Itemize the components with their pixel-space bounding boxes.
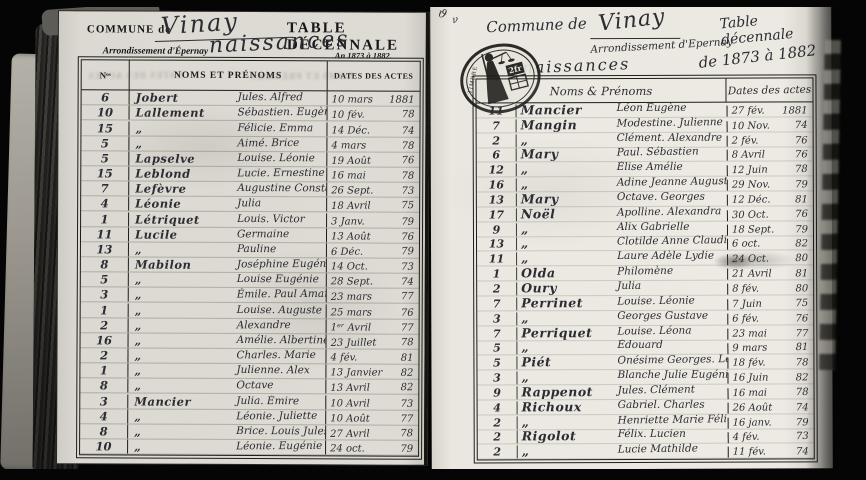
entry-name: „ Julienne. Alex [128,364,326,379]
entry-name: Piét Onésime Georges. Léon [517,354,727,370]
entry-name: Olda Philomène [517,265,727,281]
entry-date: 11 fév. 74 [728,447,814,458]
entry-name: Lapselve Louise. Léonie [129,151,327,166]
firstnames: Adine Jeanne Augustine [607,176,727,192]
entry-date: 7 Juin 75 [727,298,813,310]
table-row: 5 Lapselve Louise. Léonie 19 Août 76 [81,151,419,168]
firstnames: Louis. Victor [227,212,326,226]
bleedthrough-text: DATES DES ACTES [88,70,184,81]
date-daymonth: 10 fév. [331,110,364,121]
date-year: 74 [402,125,415,136]
date-daymonth: 23 mai [732,328,767,339]
entry-date: 16 mai 78 [327,170,419,181]
firstnames: Charles. Marie [226,349,325,364]
table-row: 4 „ Léonie. Juliette 10 Août 77 [80,409,418,426]
entry-date: 6 Déc. 79 [327,246,419,258]
date-daymonth: 10 Août [330,413,370,424]
years-label: An 1873 à 1882. [335,50,392,60]
table-row: 8 „ Octave 13 Avril 82 [80,379,418,396]
firstnames: Blanche Julie Eugénie [607,369,727,384]
surname: Noël [521,206,607,221]
table-row: 17 Noël Apolline. Alexandra 30 Oct. 76 [477,206,813,222]
firstnames: Laure Adèle Lydie [607,250,727,265]
surname: „ [135,242,227,256]
surname: Richoux [522,399,608,414]
entry-name: „ Adine Jeanne Augustine [517,176,727,192]
date-daymonth: 26 Août [733,402,773,413]
table-row: 1 „ Louise. Auguste 25 mars 76 [81,303,419,320]
firstnames: Germaine [227,228,326,243]
date-daymonth: 14 Oct. [331,261,368,272]
table-row: 3 Mancier Julia. Émire 10 Avril 73 [80,394,418,411]
date-daymonth: 16 mai [732,387,767,399]
entry-name: „ Lucie Mathilde [518,443,728,459]
entry-name: Perrinet Louise. Léonie [517,294,727,310]
entry-date: 10 Nov. 74 [727,119,813,131]
date-year: 77 [401,292,414,303]
left-table-header: Nᵒˢ NOMS ET PRÉNOMS DATES DES ACTES DATE… [82,60,420,91]
date-daymonth: 4 fév. [330,352,357,363]
surname: „ [134,364,226,378]
table-row: 8 „ Brice. Louis Jules 27 Avril 78 [80,424,418,441]
entry-date: 8 Avril 76 [727,150,813,161]
date-daymonth: 8 Avril [732,150,765,161]
entry-number: 16 [477,178,517,191]
entry-number: 6 [477,149,517,162]
surname: „ [134,424,226,438]
date-year: 76 [402,155,415,166]
date-daymonth: 23 mars [331,292,372,303]
commune-label-handwritten: Commune de [486,14,587,36]
entry-name: „ Clément. Alexandre [517,131,727,147]
background-band [0,0,866,7]
entry-name: Mancier Léon Eugène [517,102,727,118]
entry-date: 27 fév. 1881 [727,105,813,116]
table-row: 4 Léonie Julia 18 Avril 75 [81,196,419,213]
date-year: 73 [401,398,414,409]
firstnames: Léon Eugène [607,102,727,117]
surname: Oury [521,280,607,295]
firstnames: Pauline [227,243,326,257]
entry-number: 3 [81,288,129,302]
table-row: 2 „ Charles. Marie 4 fév. 81 [80,348,418,365]
entry-name: Létriquet Louis. Victor [129,212,327,227]
entry-number: 2 [478,446,518,459]
table-row: 16 „ Adine Jeanne Augustine 29 Nov. 79 [477,177,813,193]
entry-number: 6 [82,90,130,104]
date-daymonth: 16 mai [331,170,366,181]
firstnames: Lucie. Ernestine [227,167,326,182]
date-daymonth: 10 Avril [330,398,370,409]
entry-date: 18 Sept. 79 [727,224,813,235]
entry-date: 3 Janv. 79 [327,216,419,227]
entry-number: 2 [477,134,517,147]
firstnames: Louise. Auguste [227,304,326,318]
entry-name: „ Pauline [129,242,327,257]
entry-number: 15 [81,166,129,180]
date-year: 74 [401,277,414,288]
table-row: 15 „ Félicie. Emma 14 Déc. 74 [81,121,419,138]
date-year: 78 [402,140,415,151]
entry-date: 18 fév. 78 [727,358,813,369]
entry-date: 19 Août 76 [327,155,419,167]
entry-number: 5 [81,136,129,150]
right-table: Noms & Prénoms Dates des actes 11 Mancie… [475,77,814,460]
table-row: 2 „ Lucie Mathilde 11 fév. 74 [478,444,814,460]
date-year: 77 [400,413,413,424]
entry-number: 13 [477,193,517,206]
table-row: 7 Lefèvre Augustine Constance 26 Sept. 7… [81,181,419,198]
date-daymonth: 4 fév. [733,432,760,443]
surname: „ [521,369,607,384]
table-row: 8 Mabilon Joséphine Eugénie 14 Oct. 73 [81,257,419,274]
entry-name: Rappenot Jules. Clément [518,384,728,400]
table-row: 7 Mangin Modestine. Julienne 10 Nov. 74 [477,117,813,133]
background-band [0,469,866,480]
entry-date: 28 Sept. 74 [327,277,419,288]
surname: „ [135,121,227,135]
date-daymonth: 1ᵉʳ Avril [331,322,372,333]
entry-name: Mancier Julia. Émire [128,394,326,409]
date-daymonth: 23 Juillet [330,337,376,348]
date-year: 79 [400,444,413,455]
date-year: 79 [401,246,414,257]
table-row: 5 „ Louise Eugénie 28 Sept. 74 [81,272,419,289]
date-daymonth: 27 Avril [330,429,370,440]
left-page: COMMUNE de Vinay TABLE DÉCENNALE Arrondi… [57,11,429,465]
entry-name: Rigolot Félix. Lucien [518,428,728,444]
surname: „ [135,136,227,150]
right-table-header: Noms & Prénoms Dates des actes [476,78,812,103]
firstnames: Amélie. Albertine [227,334,327,348]
entry-number: 2 [81,318,129,332]
entry-date: 13 Août 76 [327,231,419,242]
surname: „ [522,414,608,429]
entry-number: 2 [477,282,517,295]
firstnames: Augustine Constance [227,182,327,196]
firstnames: Octave [226,379,325,394]
firstnames: Sébastien. Eugène [228,106,328,121]
entry-name: „ Alix Gabrielle [517,220,727,236]
table-row: 1 Létriquet Louis. Victor 3 Janv. 79 [81,212,419,229]
pen-mark: ϑ [436,6,449,22]
surname: Mabilon [135,258,227,272]
arrondissement-label: Arrondissement d'Épernay [103,46,208,56]
firstnames: Modestine. Julienne [607,116,727,132]
entry-number: 1 [81,212,129,226]
entry-date: 10 fév. 78 [327,109,419,121]
entry-name: Mangin Modestine. Julienne [517,116,727,132]
entry-name: „ Émile. Paul Amand [129,288,327,303]
date-year: 78 [402,171,415,182]
entry-name: „ Brice. Louis Jules [128,424,326,439]
surname: Lefèvre [135,182,227,196]
firstnames: Louise. Léonie [607,294,727,310]
date-year: 73 [401,262,414,273]
entry-number: 17 [477,208,517,221]
surname: „ [521,310,607,325]
bleedthrough-text: NOMS ET PRÉNOMS [250,71,353,82]
surname: „ [521,339,607,354]
register-scan: COMMUNE de Vinay TABLE DÉCENNALE Arrondi… [0,0,866,480]
date-daymonth: 27 fév. [732,105,765,116]
table-row: 1 „ Julienne. Alex 13 Janvier 82 [80,363,418,380]
entry-number: 7 [81,181,129,195]
entry-number: 13 [81,242,129,256]
table-row: 6 Mary Paul. Sébastien 8 Avril 76 [477,147,813,163]
entry-name: Richoux Gabriel. Charles [518,398,728,414]
entry-number: 11 [477,104,517,117]
date-year: 78 [402,110,415,121]
date-year: 77 [401,322,414,333]
entry-date: 4 fév. 81 [326,352,418,363]
entry-number: 10 [80,439,128,453]
entry-name: „ Louise. Auguste [129,303,327,318]
entry-name: „ Élise Amélie [517,161,727,177]
date-daymonth: 24 oct. [330,444,365,455]
entry-date: 16 janv. 79 [728,417,814,428]
entry-name: „ Aimé. Brice [129,136,327,151]
table-row: 13 „ Pauline 6 Déc. 79 [81,242,419,259]
surname: Létriquet [135,212,227,226]
entry-number: 7 [477,327,517,340]
date-daymonth: 21 Avril [732,269,772,280]
col-header-dates: Dates des actes [726,78,812,103]
date-daymonth: 18 Sept. [732,224,774,235]
entry-date: 23 mars 77 [327,292,419,304]
entry-number: 1 [80,364,128,378]
surname: Rigolot [522,428,608,443]
entry-number: 4 [80,409,128,423]
surname: Olda [521,265,607,280]
entry-name: „ Louise Eugénie [129,273,327,288]
firstnames: Paul. Sébastien [607,146,727,162]
surname: „ [521,176,607,191]
entry-name: Lefèvre Augustine Constance [129,182,327,197]
right-table-body: 11 Mancier Léon Eugène 27 fév. 1881 7 [477,102,814,459]
surname: Jobert [136,91,228,105]
entry-date: 23 Juillet 78 [326,337,418,349]
surname: „ [135,273,227,287]
surname: „ [521,250,607,265]
firstnames: Jules. Alfred [228,91,327,105]
entry-date: 6 fév. 76 [727,313,813,324]
date-year: 81 [401,353,414,364]
entry-name: Lucile Germaine [129,227,327,242]
firstnames: Félix. Lucien [608,428,728,443]
firstnames: Henriette Marie Félicie [608,413,728,429]
entry-name: Mabilon Joséphine Eugénie [129,258,327,273]
entry-number: 3 [477,371,517,384]
surname: Lallement [136,106,228,120]
entry-number: 11 [81,227,129,241]
date-daymonth: 11 fév. [733,447,766,458]
firstnames: Aimé. Brice [227,137,326,152]
entry-name: Perriquet Louise. Léona [517,324,727,340]
commune-value-handwritten: Vinay [597,4,667,36]
date-daymonth: 30 Oct. [732,209,769,221]
surname: „ [522,443,608,458]
date-daymonth: 16 janv. [733,417,772,428]
entry-name: „ Octave [128,379,326,394]
col-header-names: Noms & Prénoms [476,79,726,103]
firstnames: Émile. Paul Amand [227,288,327,303]
left-table: Nᵒˢ NOMS ET PRÉNOMS DATES DES ACTES DATE… [79,59,421,456]
surname: „ [521,161,607,176]
surname: „ [521,132,607,147]
surname: Leblond [135,167,227,181]
firstnames: Louise Eugénie [227,273,326,287]
surname: „ [135,303,227,317]
date-daymonth: 12 Juin [732,165,768,177]
entry-date: 10 Août 77 [326,413,418,424]
firstnames: Louise. Léonie [227,152,326,166]
surname: Perriquet [521,325,607,340]
entry-date: 13 Janvier 82 [326,368,418,379]
date-daymonth: 13 Août [331,231,371,242]
firstnames: Clotilde Anne Claudie [607,235,727,251]
entry-date: 14 Déc. 74 [327,125,419,136]
entry-number: 3 [80,394,128,408]
table-row: 7 Perriquet Louise. Léona 23 mai 77 [477,325,813,341]
surname: „ [521,221,607,236]
date-year: 76 [401,307,414,318]
date-daymonth: 10 mars [332,95,373,106]
entry-name: Mary Paul. Sébastien [517,146,727,162]
table-row: 2 „ Henriette Marie Félicie 16 janv. 79 [478,414,814,430]
entry-date: 6 oct. 82 [727,239,813,250]
firstnames: Julienne. Alex [226,364,325,378]
table-row: 5 „ Aimé. Brice 4 mars 78 [81,136,419,153]
date-daymonth: 25 mars [331,307,372,318]
entry-number: 12 [477,164,517,177]
entry-name: „ Georges Gustave [517,309,727,325]
table-row: 13 „ Clotilde Anne Claudie 6 oct. 82 [477,236,813,252]
date-daymonth: 6 oct. [732,239,760,250]
surname: Piét [521,354,607,369]
entry-date: 16 mai 78 [727,387,813,399]
table-row: 10 Lallement Sébastien. Eugène 10 fév. 7… [82,105,420,122]
entry-date: 9 mars 81 [727,342,813,354]
entry-date: 18 Avril 75 [327,201,419,213]
pen-mark: ν [451,14,459,26]
entry-number: 8 [80,379,128,393]
entry-date: 8 fév. 80 [727,283,813,294]
entry-date: 14 Oct. 73 [327,261,419,272]
entry-name: Lallement Sébastien. Eugène [130,106,328,121]
date-daymonth: 13 Janvier [330,368,382,379]
entry-name: „ Henriette Marie Félicie [518,413,728,429]
firstnames: Léonie. Eugénie [226,440,325,455]
entry-number: 5 [81,273,129,287]
entry-name: Noël Apolline. Alexandra [517,205,727,221]
entry-number: 10 [82,106,130,120]
firstnames: Louise. Léona [607,324,727,340]
date-daymonth: 29 Nov. [732,180,770,191]
table-row: 3 „ Émile. Paul Amand 23 mars 77 [81,288,419,305]
firstnames: Alix Gabrielle [607,220,727,235]
firstnames: Gabriel. Charles [608,398,728,413]
surname: Lapselve [135,151,227,165]
table-row: 9 Rappenot Jules. Clément 16 mai 78 [478,384,814,400]
table-row: 2 „ Alexandre 1ᵉʳ Avril 77 [81,318,419,335]
entry-date: 12 Juin 78 [727,164,813,176]
entry-date: 26 Sept. 73 [327,186,419,197]
date-year: 1881 [389,95,415,106]
surname: „ [134,379,226,393]
entry-number: 1 [81,303,129,317]
right-page: ϑ ν Commune de Vinay Table décennale Arr… [430,5,833,469]
surname: „ [134,409,226,423]
table-row: 6 Jobert Jules. Alfred 10 mars 1881 [82,90,420,107]
surname: Mary [521,146,607,161]
entry-number: 8 [81,257,129,271]
entry-number: 7 [477,119,517,132]
firstnames: Lucie Mathilde [608,443,728,459]
entry-date: 29 Nov. 79 [727,179,813,190]
entry-date: 10 mars 1881 [328,95,420,106]
surname: „ [135,288,227,302]
surname: „ [134,440,226,454]
table-row: 7 Perrinet Louise. Léonie 7 Juin 75 [477,295,813,311]
date-daymonth: 16 Juin [732,373,768,384]
commune-label: COMMUNE de [87,23,171,35]
date-daymonth: 6 fév. [732,313,759,324]
surname: „ [521,236,607,251]
entry-date: 10 Avril 73 [326,398,418,409]
firstnames: Apolline. Alexandra [607,205,727,221]
table-row: 15 Leblond Lucie. Ernestine 16 mai 78 [81,166,419,183]
date-daymonth: 7 Juin [732,298,762,310]
firstnames: Octave. Georges [607,191,727,206]
date-year: 82 [401,383,414,394]
surname: Perrinet [521,295,607,310]
entry-date: 13 Avril 82 [326,383,418,395]
firstnames: Onésime Georges. Léon [607,354,727,370]
entry-date: 25 mars 76 [327,307,419,318]
entry-name: „ Blanche Julie Eugénie [517,369,727,385]
date-year: 76 [401,231,414,242]
surname: „ [134,349,226,363]
entry-name: „ Amélie. Albertine [129,333,327,348]
entry-number: 3 [477,312,517,325]
firstnames: Félicie. Emma [227,121,326,135]
firstnames: Édouard [607,339,727,354]
entry-date: 16 Juin 82 [727,372,813,383]
date-daymonth: 4 mars [331,140,366,151]
firstnames: Julia [607,280,727,295]
table-row: 10 „ Léonie. Eugénie 24 oct. 79 [80,439,418,456]
entry-number: 13 [477,238,517,251]
surname: Mancier [134,394,226,408]
entry-name: Leblond Lucie. Ernestine [129,167,327,182]
ink-smudge [713,254,755,270]
firstnames: Julia [227,197,326,212]
entry-number: 8 [80,424,128,438]
date-daymonth: 28 Sept. [331,277,373,288]
surname: Mancier [521,102,607,117]
entry-date: 30 Oct. 76 [727,209,813,221]
entry-number: 9 [477,223,517,236]
entry-name: „ Félicie. Emma [129,121,327,136]
entry-date: 24 oct. 79 [326,443,418,454]
firstnames: Philomène [607,265,727,281]
entry-number: 4 [478,401,518,414]
entry-number: 7 [477,297,517,310]
date-daymonth: 19 Août [331,155,371,166]
surname: Lucile [135,227,227,241]
entry-date: 4 mars 78 [327,140,419,151]
